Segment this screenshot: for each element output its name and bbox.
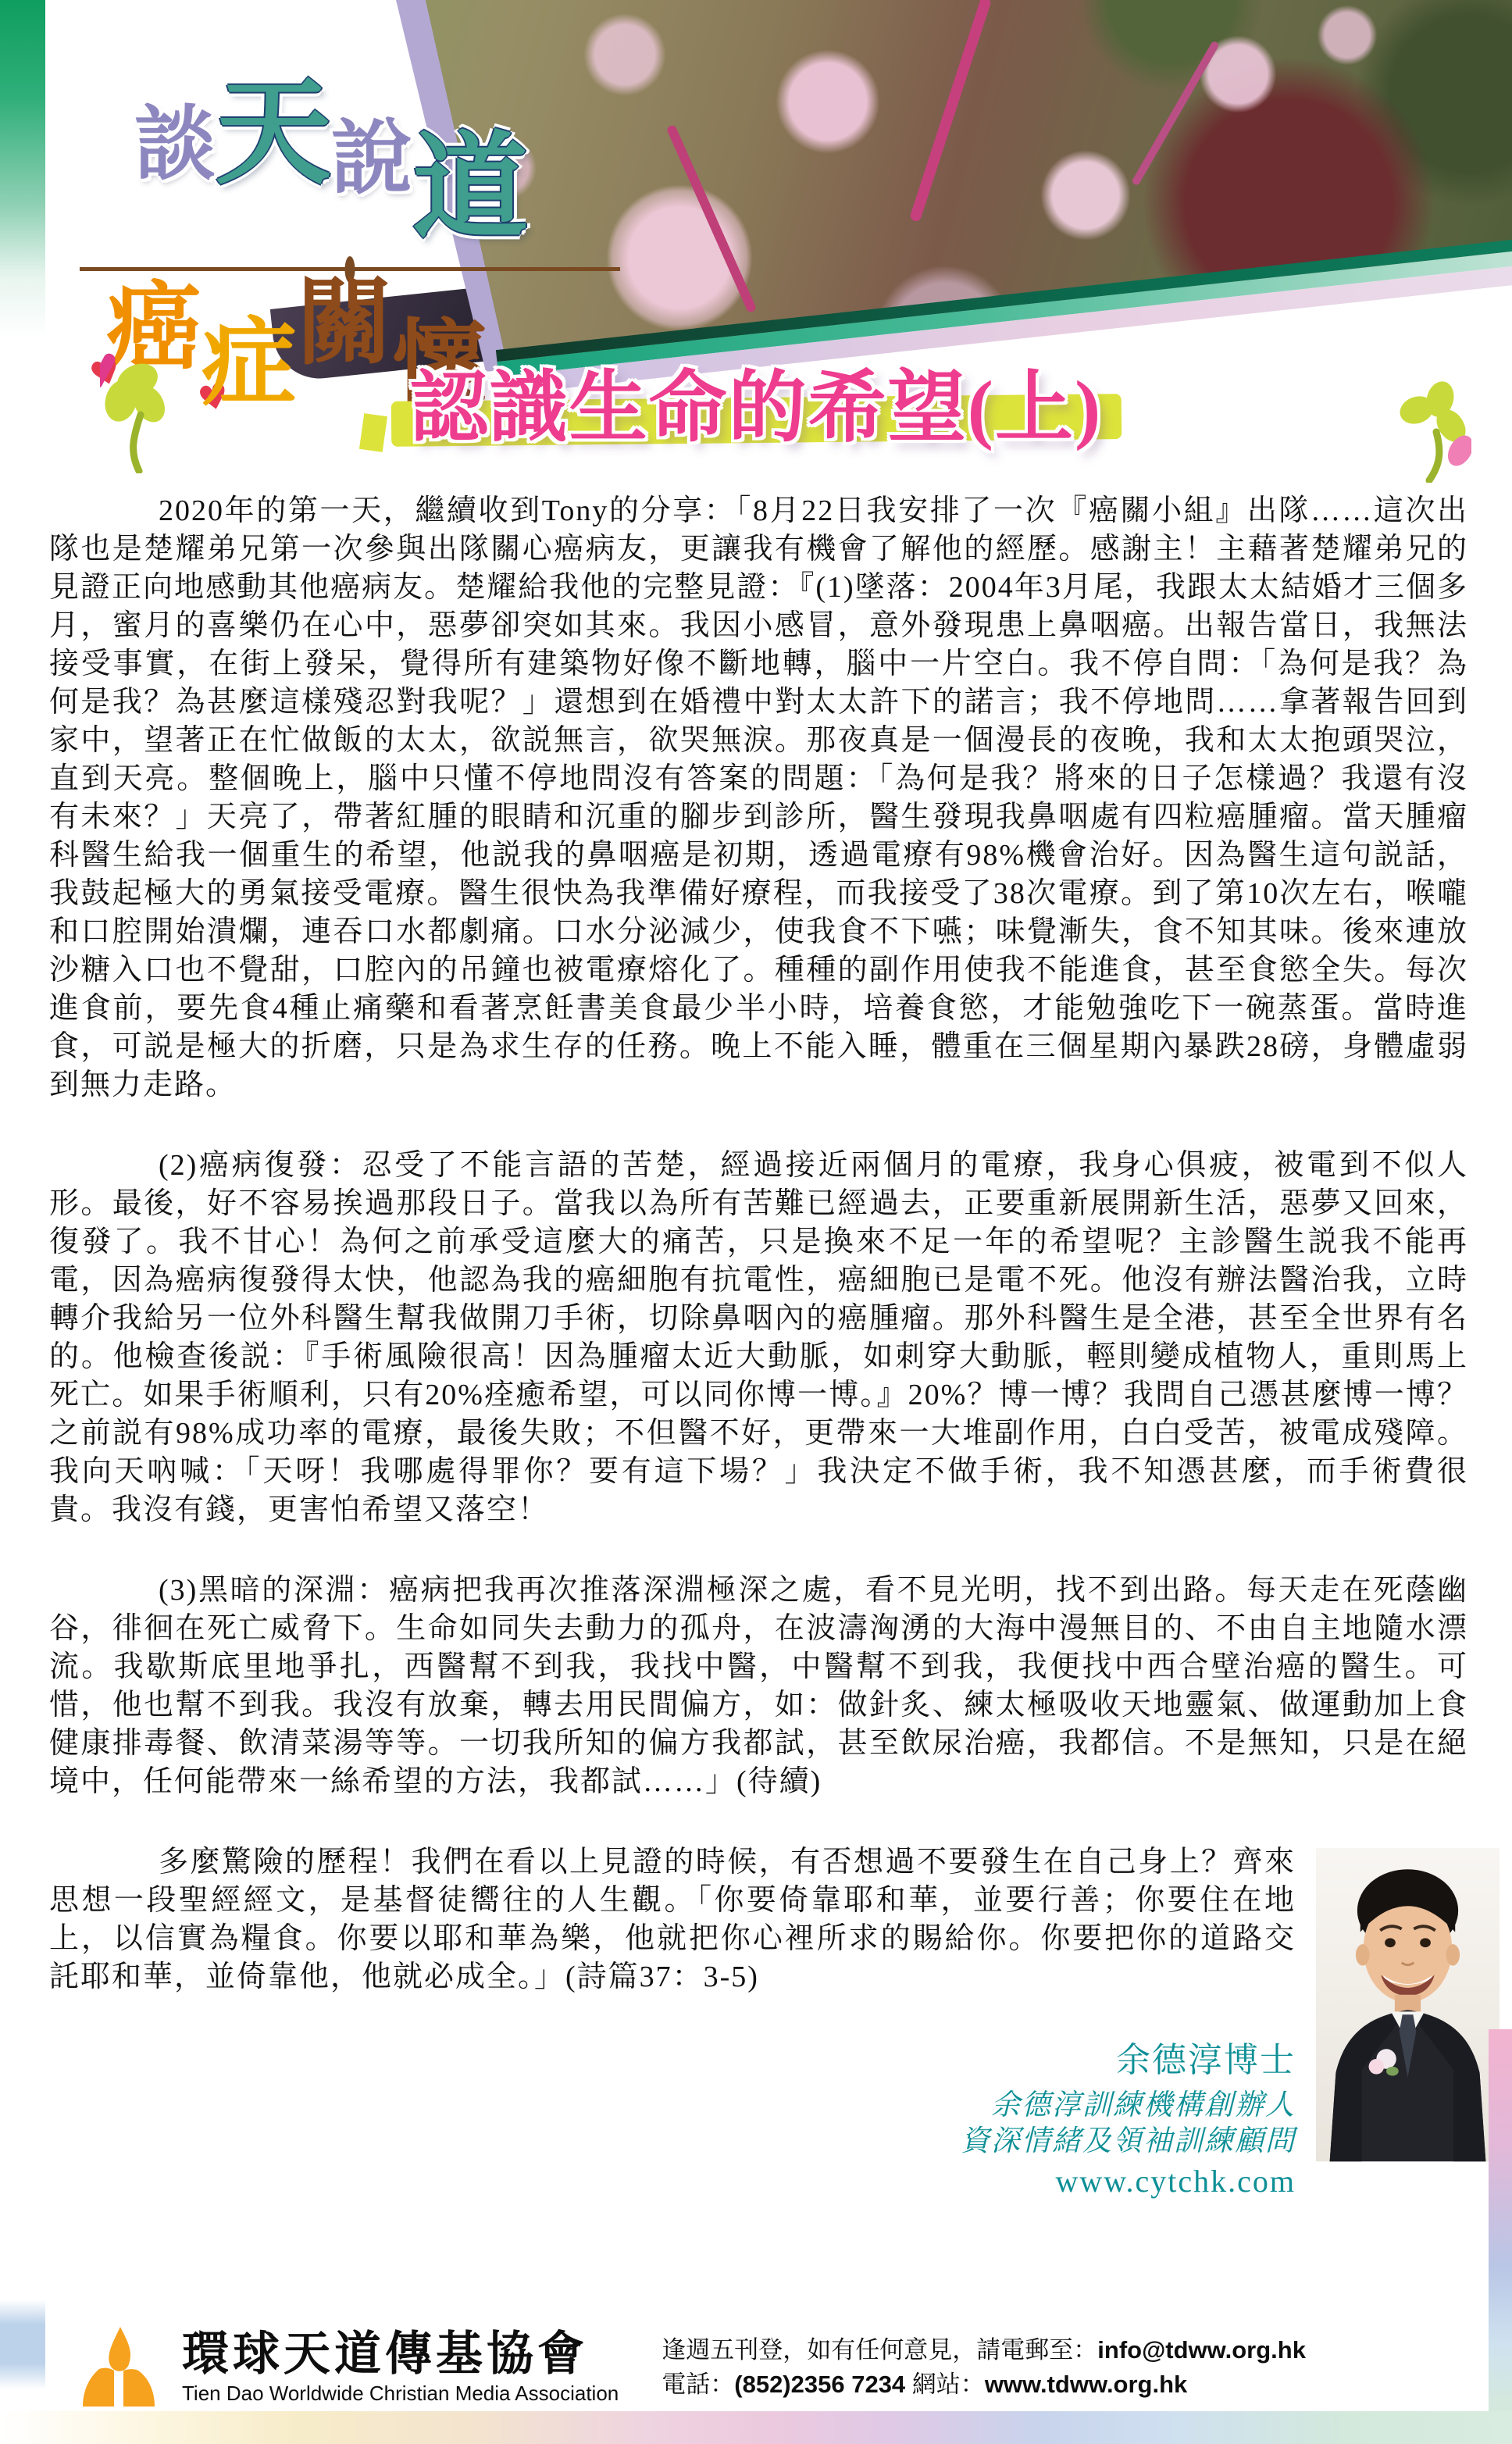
contact-line1-text: 逢週五刊登，如有任何意見，請電郵至： <box>661 2336 1097 2364</box>
article-body: 2020年的第一天，繼續收到Tony的分享：「8月22日我安排了一次『癌關小組』… <box>49 492 1468 2201</box>
contact-line-2: 電話：(852)2356 7234 網站：www.tdww.org.hk <box>661 2367 1306 2402</box>
footer: 環球天道傳基協會 Tien Dao Worldwide Christian Me… <box>0 2324 1512 2411</box>
paragraph-1: 2020年的第一天，繼續收到Tony的分享：「8月22日我安排了一次『癌關小組』… <box>49 492 1468 1104</box>
clover-left-icon <box>100 352 174 473</box>
page: 談 天 說 道 ♥ ♥ 癌 症 關 懷 認識生 <box>0 0 1512 2444</box>
masthead: 談 天 說 道 ♥ ♥ 癌 症 關 懷 <box>0 0 1512 391</box>
clover-right-icon <box>1393 377 1471 483</box>
author-website: www.cytchk.com <box>49 2162 1464 2201</box>
author-block: 余德淳博士 余德淳訓練機構創辦人 資深情緒及領袖訓練顧問 www.cytchk.… <box>49 2039 1468 2201</box>
paragraph-3: (3)黑暗的深淵：癌病把我再次推落深淵極深之處，看不見光明，找不到出路。每天走在… <box>49 1572 1468 1801</box>
flower-stem <box>666 124 758 313</box>
bottom-gradient-strip <box>0 2411 1512 2444</box>
footer-contact: 逢週五刊登，如有任何意見，請電郵至：info@tdww.org.hk 電話：(8… <box>661 2333 1306 2402</box>
page-title: 認識生命的希望(上) <box>410 348 1103 469</box>
author-role-1: 余德淳訓練機構創辦人 <box>49 2088 1464 2124</box>
tel-label: 電話： <box>661 2371 734 2398</box>
site-label: 網站： <box>912 2371 985 2398</box>
org-logo-icon <box>74 2325 162 2410</box>
paragraph-4: 多麼驚險的歷程！我們在看以上見證的時候，有否想過不要發生在自己身上？齊來思想一段… <box>49 1843 1468 1996</box>
contact-tel: (852)2356 7234 <box>734 2371 905 2398</box>
flower-stem <box>909 0 992 223</box>
org-name-en: Tien Dao Worldwide Christian Media Assoc… <box>182 2382 619 2406</box>
series-title: 談 天 說 道 <box>134 87 625 247</box>
series-logo: 談 天 說 道 ♥ ♥ 癌 症 關 懷 <box>62 87 625 384</box>
series-char: 談 <box>134 105 216 186</box>
author-photo <box>1316 1839 1500 2171</box>
article-title-band: 認識生命的希望(上) <box>0 348 1512 500</box>
paragraph-2: (2)癌病復發：忍受了不能言語的苦楚，經過接近兩個月的電療，我身心俱疲，被電到不… <box>49 1147 1468 1529</box>
flower-stem <box>1131 41 1220 187</box>
series-char: 天 <box>216 77 331 192</box>
author-name: 余德淳博士 <box>49 2039 1464 2082</box>
org-names: 環球天道傳基協會 Tien Dao Worldwide Christian Me… <box>182 2329 619 2406</box>
contact-line-1: 逢週五刊登，如有任何意見，請電郵至：info@tdww.org.hk <box>661 2333 1306 2367</box>
series-char: 說 <box>331 119 412 200</box>
author-role-2: 資深情緒及領袖訓練顧問 <box>49 2124 1464 2160</box>
series-char: 道 <box>412 131 528 247</box>
org-name-zh: 環球天道傳基協會 <box>182 2329 619 2378</box>
contact-email: info@tdww.org.hk <box>1097 2336 1306 2364</box>
contact-site: www.tdww.org.hk <box>985 2371 1187 2398</box>
